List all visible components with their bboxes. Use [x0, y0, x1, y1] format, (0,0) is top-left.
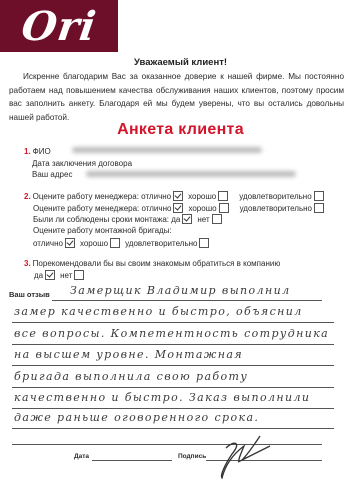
question-label: Порекомендовали бы вы своим знакомым обр…: [33, 259, 281, 268]
review-line: [12, 322, 334, 323]
checkbox-yes[interactable]: [45, 270, 55, 280]
fio-value-blurred: [72, 147, 262, 153]
review-text-line: качественно и быстро. Заказ выполнили: [14, 391, 310, 404]
checkbox-no[interactable]: [212, 214, 222, 224]
question-label: Оцените работу монтажной бригады:: [33, 226, 172, 235]
option-label: отлично: [142, 204, 172, 213]
contract-date-label: Дата заключения договора: [32, 159, 132, 168]
option-label: удовлетворительно: [125, 239, 197, 248]
option-label: хорошо: [188, 204, 216, 213]
review-label: Ваш отзыв: [9, 290, 50, 299]
section-number: 3.: [24, 259, 31, 268]
question-label: Были ли соблюдены сроки монтажа:: [33, 215, 169, 224]
section-number: 1.: [24, 147, 31, 156]
signature-icon: [212, 432, 272, 480]
installation-deadline-row: Были ли соблюдены сроки монтажа: да нет: [33, 214, 227, 224]
review-text-line: даже раньше оговоренного срока.: [14, 411, 259, 424]
checkbox-excellent[interactable]: [65, 238, 75, 248]
greeting-heading: Уважаемый клиент!: [0, 57, 361, 68]
checkbox-good[interactable]: [219, 203, 229, 213]
review-line: [12, 387, 334, 388]
review-text-line: Замерщик Владимир выполнил: [70, 284, 291, 297]
review-text-line: все вопросы. Компетентность сотрудника: [14, 327, 329, 340]
signature-label: Подпись: [178, 453, 206, 460]
fio-label: ФИО: [33, 147, 51, 156]
address-value-blurred: [86, 171, 296, 177]
option-label: отлично: [141, 192, 171, 201]
address-label: Ваш адрес: [32, 170, 72, 179]
manager-rating-row-2: Оцените работу менеджера: отлично хорошо…: [33, 203, 329, 213]
checkbox-excellent[interactable]: [173, 203, 183, 213]
checkbox-no[interactable]: [74, 270, 84, 280]
checkbox-yes[interactable]: [182, 214, 192, 224]
recommend-question-row: 3. Порекомендовали бы вы своим знакомым …: [24, 259, 280, 268]
option-label: удовлетворительно: [240, 204, 312, 213]
option-label: да: [171, 215, 180, 224]
form-title: Анкета клиента: [0, 121, 361, 139]
fio-row: 1. ФИО: [24, 147, 51, 156]
option-label: хорошо: [80, 239, 108, 248]
crew-rating-question-row: Оцените работу монтажной бригады:: [33, 226, 172, 235]
question-label: Оцените работу менеджера:: [33, 204, 139, 213]
review-line: [52, 300, 322, 301]
review-line: [12, 344, 334, 345]
contract-date-row: Дата заключения договора: [32, 159, 132, 168]
address-row: Ваш адрес: [32, 170, 72, 179]
review-text-line: бригада выполнила свою работу: [14, 370, 248, 383]
checkbox-satisfactory[interactable]: [314, 191, 324, 201]
checkbox-satisfactory[interactable]: [199, 238, 209, 248]
review-text-line: на высшем уровне. Монтажная: [14, 348, 243, 361]
review-line: [12, 444, 322, 445]
option-label: удовлетворительно: [239, 192, 311, 201]
option-label: хорошо: [188, 192, 216, 201]
review-text-line: замер качественно и быстро, объяснил: [14, 305, 303, 318]
date-line: [92, 460, 172, 461]
option-label: отлично: [33, 239, 63, 248]
option-label: нет: [60, 271, 72, 280]
checkbox-satisfactory[interactable]: [314, 203, 324, 213]
manager-rating-row-1: 2. Оцените работу менеджера: отлично хор…: [24, 191, 329, 201]
checkbox-good[interactable]: [218, 191, 228, 201]
review-line: [12, 408, 334, 409]
question-label: Оцените работу менеджера:: [33, 192, 139, 201]
recommend-options-row: да нет: [34, 270, 89, 280]
checkbox-excellent[interactable]: [173, 191, 183, 201]
review-line: [12, 365, 334, 366]
option-label: нет: [197, 215, 209, 224]
intro-text: Искренне благодарим Вас за оказанное дов…: [9, 72, 344, 122]
date-label: Дата: [74, 453, 89, 460]
review-line: [12, 428, 334, 429]
intro-paragraph: Искренне благодарим Вас за оказанное дов…: [9, 70, 344, 124]
company-logo: Ori: [0, 0, 118, 52]
crew-rating-options-row: отлично хорошо удовлетворительно: [33, 238, 214, 248]
option-label: да: [34, 271, 43, 280]
checkbox-good[interactable]: [110, 238, 120, 248]
section-number: 2.: [24, 192, 31, 201]
logo-text: Ori: [19, 3, 100, 50]
